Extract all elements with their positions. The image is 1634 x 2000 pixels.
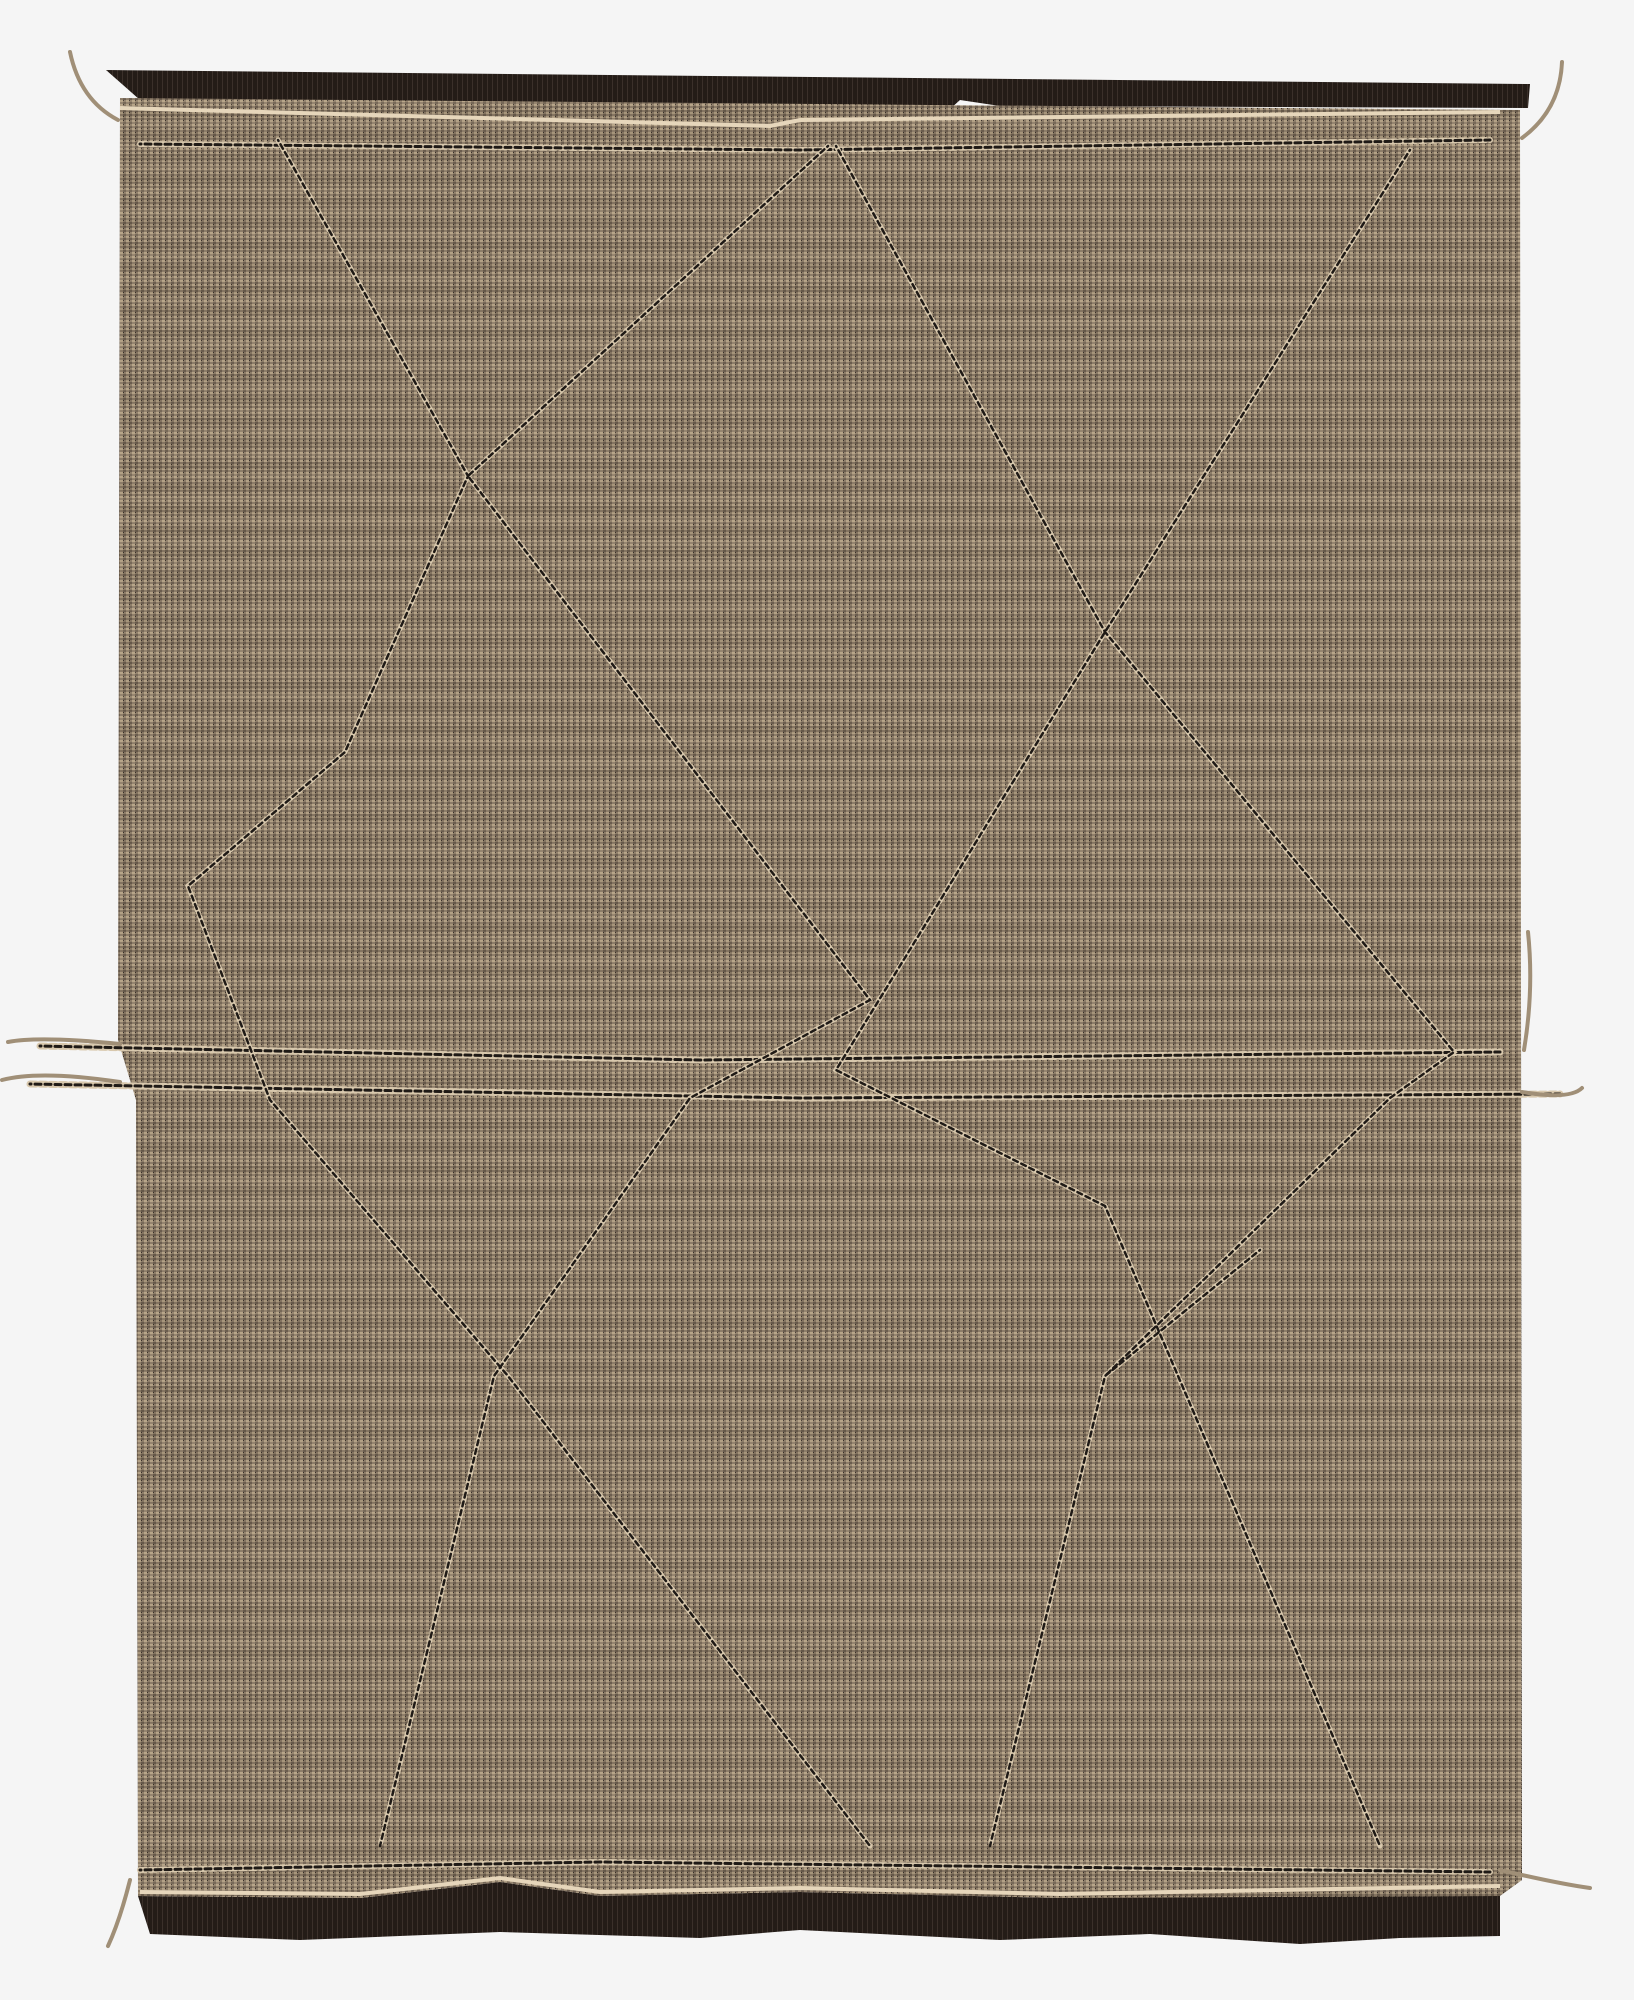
- rug-illustration: [0, 0, 1634, 2000]
- product-photo: Beige and black woven rug with diamond l…: [0, 0, 1634, 2000]
- rug-body: [118, 98, 1522, 1898]
